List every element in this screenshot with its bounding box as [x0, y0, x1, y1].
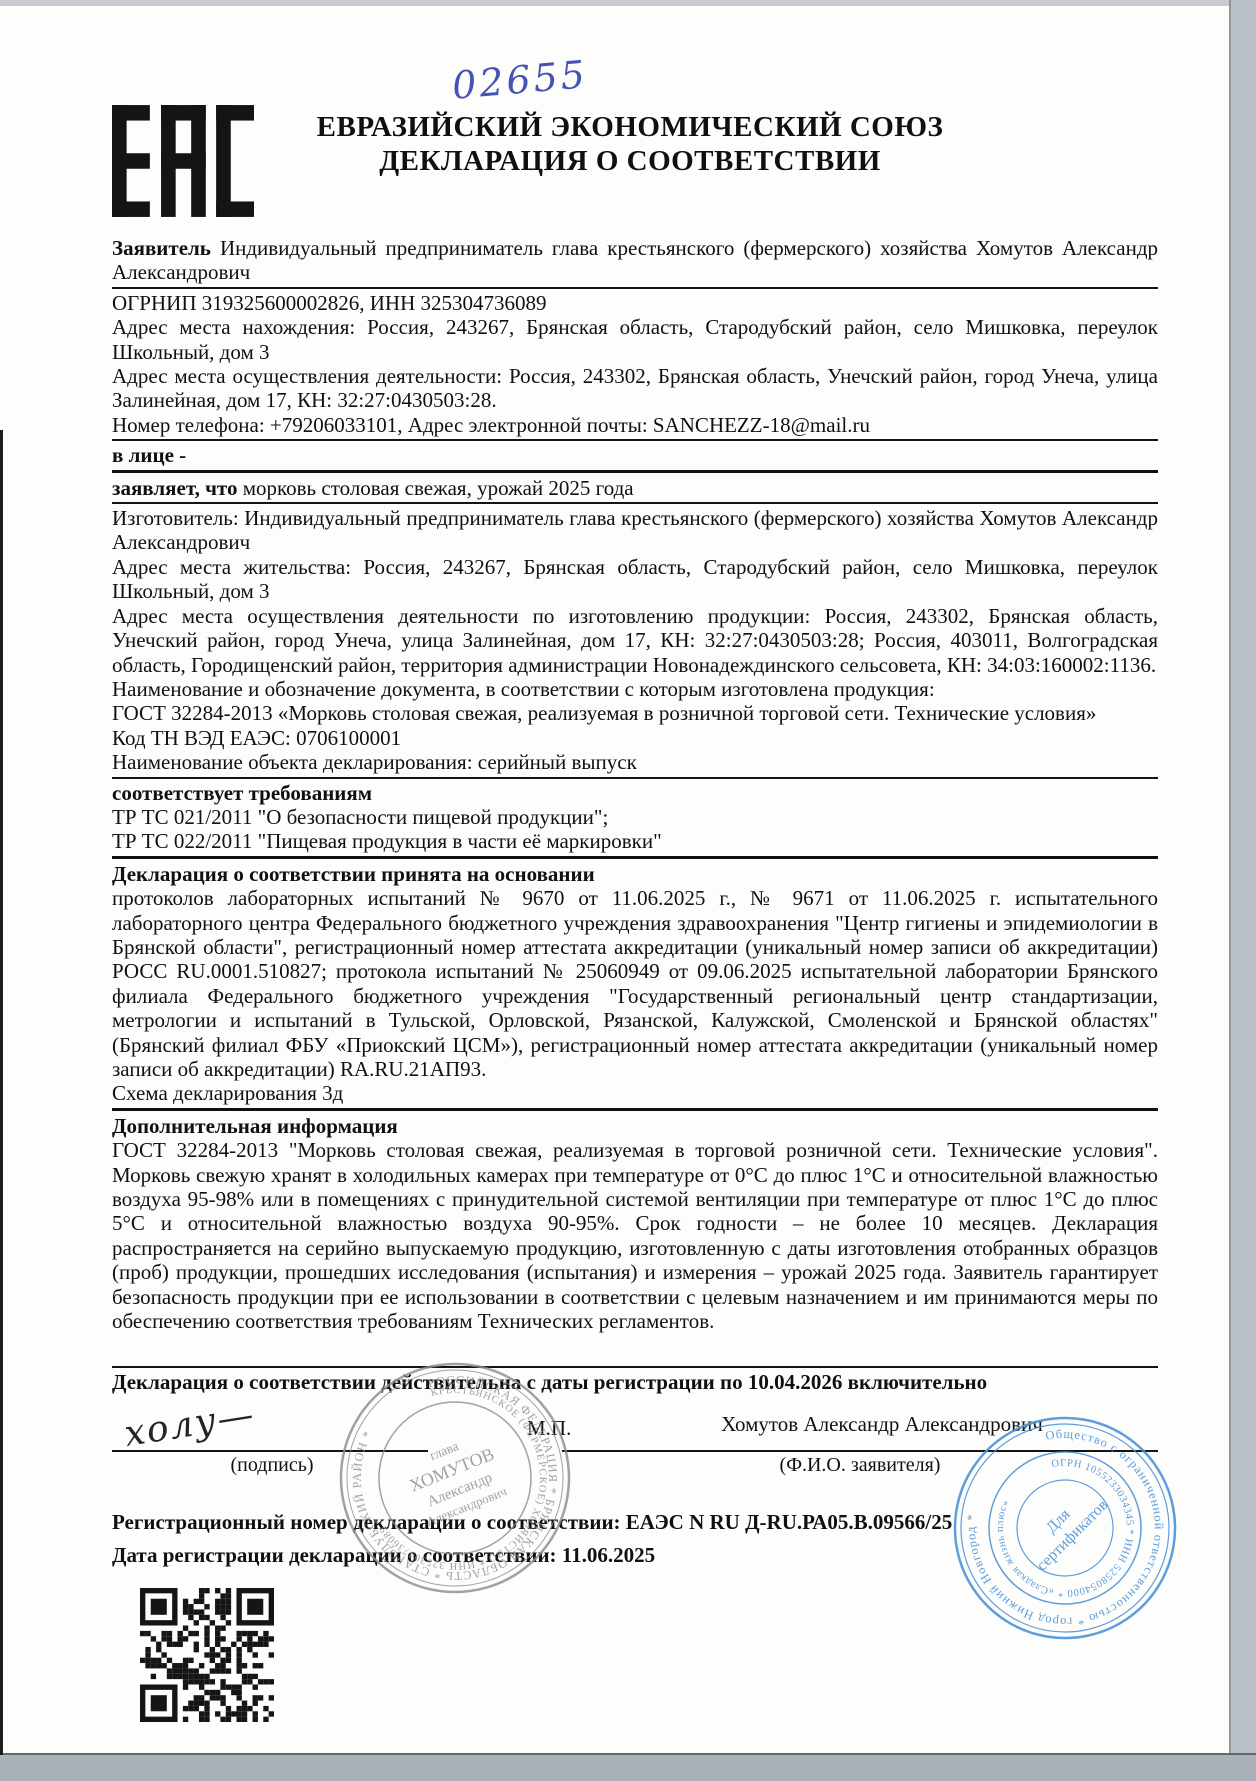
- title-line-2: ДЕКЛАРАЦИЯ О СООТВЕТСТВИИ: [258, 144, 1002, 178]
- qr-code: [140, 1588, 274, 1722]
- scan-edge-bottom: [0, 1753, 1256, 1781]
- handwritten-signature: холу—: [122, 1394, 259, 1455]
- title-line-1: ЕВРАЗИЙСКИЙ ЭКОНОМИЧЕСКИЙ СОЮЗ: [258, 110, 1002, 144]
- paragraph-manufacturer: Изготовитель: Индивидуальный предпринима…: [112, 506, 1158, 555]
- paragraph-additional-info-heading: Дополнительная информация: [112, 1114, 1158, 1138]
- paragraph-gost: ГОСТ 32284-2013 «Морковь столовая свежая…: [112, 701, 1158, 725]
- divider-line: [112, 1366, 1158, 1368]
- paragraph-phone-email: Номер телефона: +79206033101, Адрес элек…: [112, 413, 1158, 441]
- paragraph-address-residence: Адрес места жительства: Россия, 243267, …: [112, 555, 1158, 604]
- eac-logo-icon: [112, 102, 254, 220]
- certification-round-stamp: Общество с ограниченной ответственностью…: [929, 1392, 1202, 1665]
- paragraph-address-activity: Адрес места осуществления деятельности: …: [112, 364, 1158, 413]
- scan-edge-left: [0, 430, 3, 1755]
- paragraph-basis-heading: Декларация о соответствии принята на осн…: [112, 862, 1158, 886]
- paragraph-tr-ts-021: ТР ТС 021/2011 "О безопасности пищевой п…: [112, 805, 1158, 829]
- stamp-ring-text: ОГРН 1055233034345 * ИНН 5258054000 * «С…: [982, 1445, 1148, 1611]
- paragraph-additional-info: ГОСТ 32284-2013 "Морковь столовая свежая…: [112, 1138, 1158, 1333]
- svg-text:сертификатов: сертификатов: [1033, 1496, 1111, 1574]
- paragraph-declaration-scheme: Схема декларирования 3д: [112, 1081, 1158, 1110]
- declaration-document-page: 02655 ЕВРАЗИЙСКИЙ ЭКОНОМИЧЕСКИЙ СОЮЗ ДЕК…: [0, 0, 1256, 1781]
- document-body: Заявитель Индивидуальный предприниматель…: [112, 236, 1158, 1366]
- paragraph-declaration-object: Наименование объекта декларирования: сер…: [112, 750, 1158, 778]
- paragraph-test-protocols: протоколов лабораторных испытаний № 9670…: [112, 886, 1158, 1081]
- scan-edge-right: [1229, 0, 1256, 1781]
- paragraph-tr-ts-022: ТР ТС 022/2011 "Пищевая продукция в част…: [112, 829, 1158, 858]
- paragraph-doc-designation: Наименование и обозначение документа, в …: [112, 677, 1158, 701]
- svg-text:Общество с ограниченной ответс: Общество с ограниченной ответственностью…: [945, 1408, 1185, 1648]
- paragraph-declares: заявляет, что морковь столовая свежая, у…: [112, 476, 1158, 504]
- document-title: ЕВРАЗИЙСКИЙ ЭКОНОМИЧЕСКИЙ СОЮЗ ДЕКЛАРАЦИ…: [258, 110, 1002, 178]
- paragraph-applicant: Заявитель Индивидуальный предприниматель…: [112, 236, 1158, 289]
- paragraph-address-production: Адрес места осуществления деятельности п…: [112, 604, 1158, 677]
- scan-edge-top: [0, 0, 1256, 6]
- handwritten-number: 02655: [450, 52, 589, 108]
- stamp-ring-text: Общество с ограниченной ответственностью…: [945, 1408, 1185, 1648]
- paragraph-complies-heading: соответствует требованиям: [112, 781, 1158, 805]
- svg-text:ОГРН 1055233034345 * ИНН 52580: ОГРН 1055233034345 * ИНН 5258054000 * «С…: [982, 1445, 1148, 1611]
- paragraph-address-location: Адрес места нахождения: Россия, 243267, …: [112, 315, 1158, 364]
- paragraph-tnved-code: Код ТН ВЭД ЕАЭС: 0706100001: [112, 726, 1158, 750]
- paragraph-in-person: в лице -: [112, 443, 1158, 472]
- paragraph-ogrnip: ОГРНИП 319325600002826, ИНН 325304736089: [112, 291, 1158, 315]
